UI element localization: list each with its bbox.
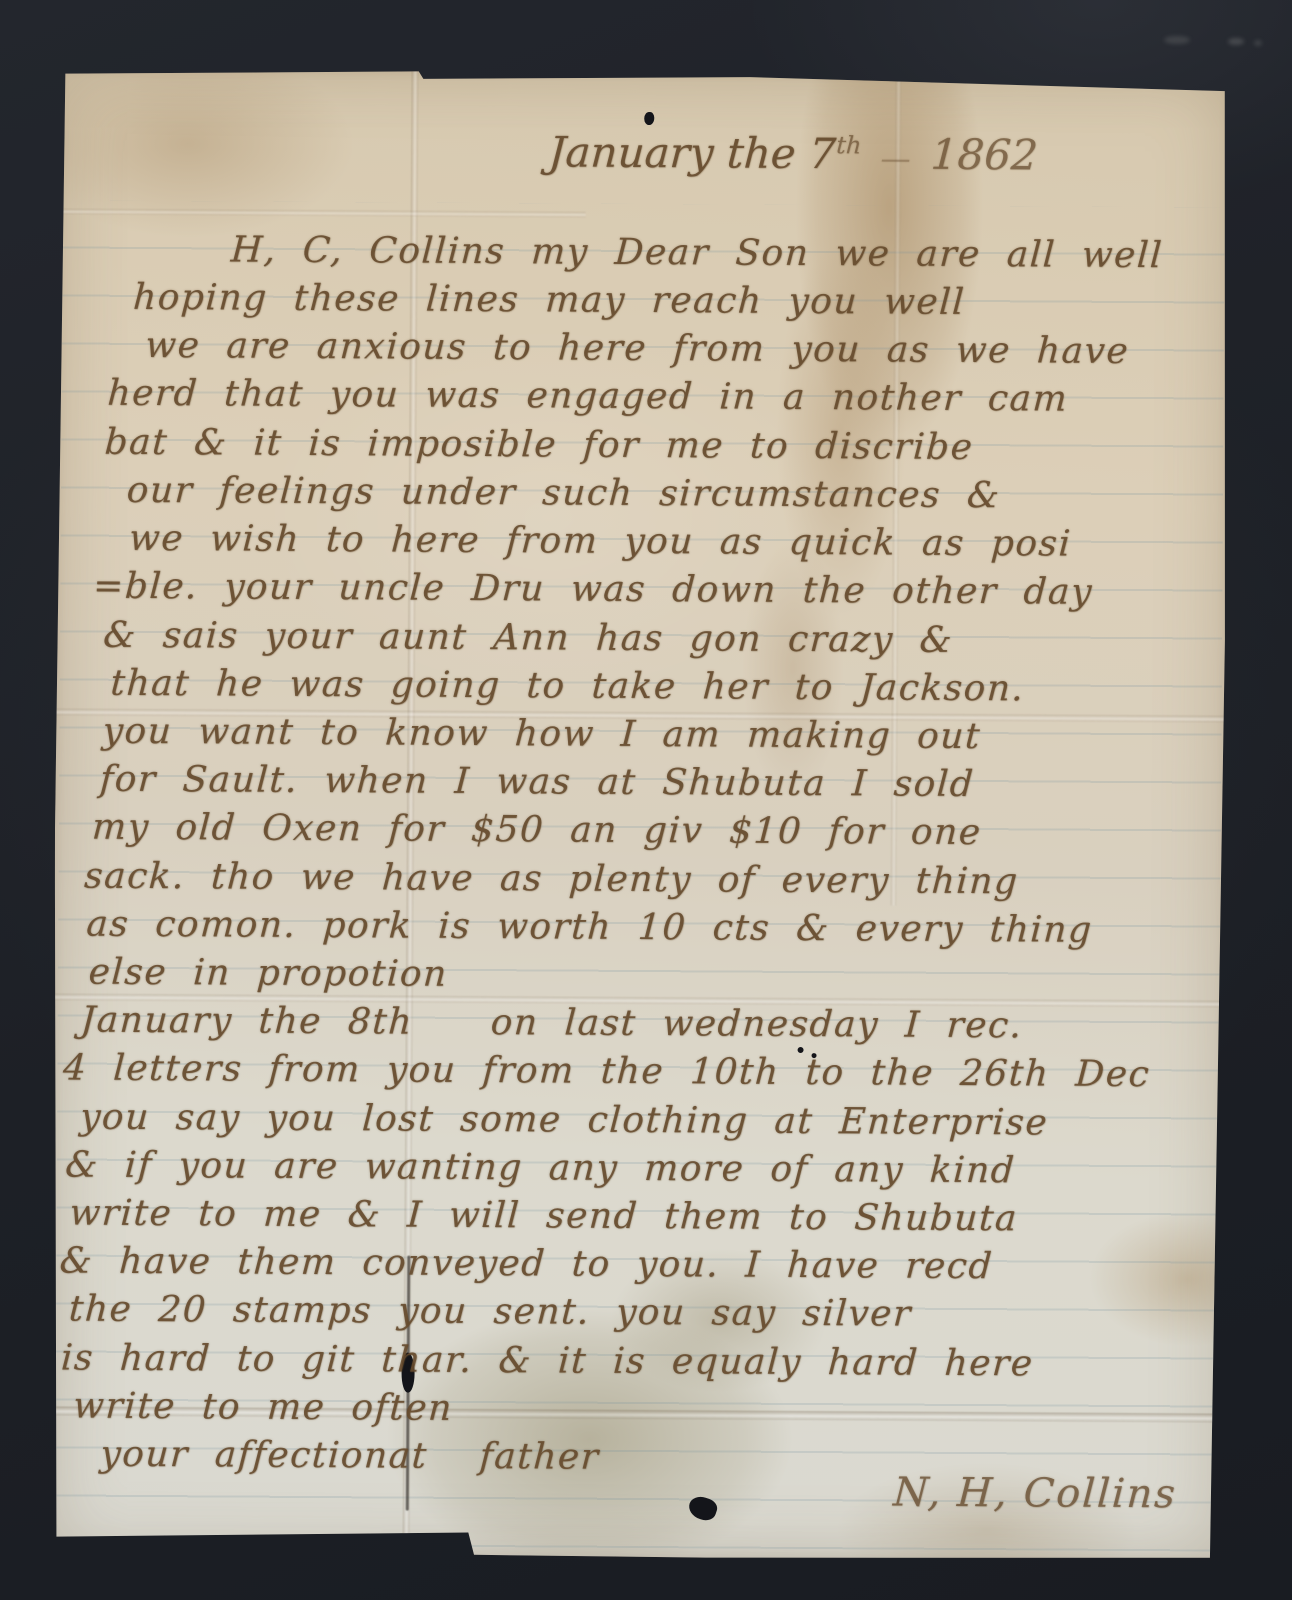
letter-line: else in propotion [87, 952, 449, 995]
letter-line: & sais your aunt Ann has gon crazy & [102, 615, 954, 661]
letter-line: January the 8th on last wednesday I rec. [80, 1000, 1024, 1047]
letter-line: the 20 stamps you sent. you say silver [68, 1289, 913, 1335]
letter-line: & have them conveyed to you. I have recd [59, 1240, 995, 1287]
pen-dash-mark: — [860, 141, 932, 176]
letter-line: that he was going to take her to Jackson… [109, 663, 1025, 710]
letter-line: your affectionat father [99, 1434, 600, 1478]
letter-line: 4 letters from you from the 10th to the … [62, 1047, 1152, 1095]
letter-line: for Sault. when I was at Shubuta I sold [99, 759, 976, 805]
letter-line: my old Oxen for $50 an giv $10 for one [91, 807, 983, 853]
letter-date: January the 7 [547, 127, 837, 178]
letter-line: you say you lost some clothing at Enterp… [79, 1097, 1050, 1144]
letter-line: herd that you was engaged in a nother ca… [106, 373, 1069, 420]
letter-line: you want to know how I am making out [102, 711, 983, 757]
background-scuff [1164, 36, 1190, 44]
letter-line: H, C, Collins my Dear Son we are all wel… [230, 229, 1164, 276]
letter-date-superscript: th [835, 131, 862, 159]
letter-line: our feelings under such sircumstances & [126, 470, 1002, 516]
letter-paper: January the 7th—1862 H, C, Collins my De… [50, 68, 1229, 1561]
letter-line: write to me often [72, 1386, 454, 1429]
background-scuff [1254, 40, 1262, 46]
handwriting-layer: January the 7th—1862 H, C, Collins my De… [12, 69, 1269, 1562]
letter-line: we wish to here from you as quick as pos… [128, 518, 1073, 565]
background-scuff [1228, 38, 1244, 45]
letter-line: we are anxious to here from you as we ha… [144, 325, 1130, 372]
letter-line: bat & it is imposible for me to discribe [103, 422, 974, 468]
photo-background: January the 7th—1862 H, C, Collins my De… [0, 0, 1292, 1600]
letter-line: sack. tho we have as plenty of every thi… [83, 856, 1020, 903]
letter-year: 1862 [929, 130, 1039, 180]
letter-signature: N, H, Collins [892, 1470, 1178, 1518]
letter-line: as comon. pork is worth 10 cts & every t… [85, 904, 1094, 951]
letter-line: =ble. your uncle Dru was down the other … [92, 566, 1094, 613]
letter-date-heading: January the 7th—1862 [547, 127, 1039, 179]
letter-line: is hard to git thar. & it is equaly hard… [60, 1337, 1035, 1384]
letter-line: hoping these lines may reach you well [132, 277, 967, 323]
letter-line: & if you are wanting any more of any kin… [64, 1145, 1016, 1192]
letter-line: write to me & I will send them to Shubut… [68, 1193, 1019, 1240]
